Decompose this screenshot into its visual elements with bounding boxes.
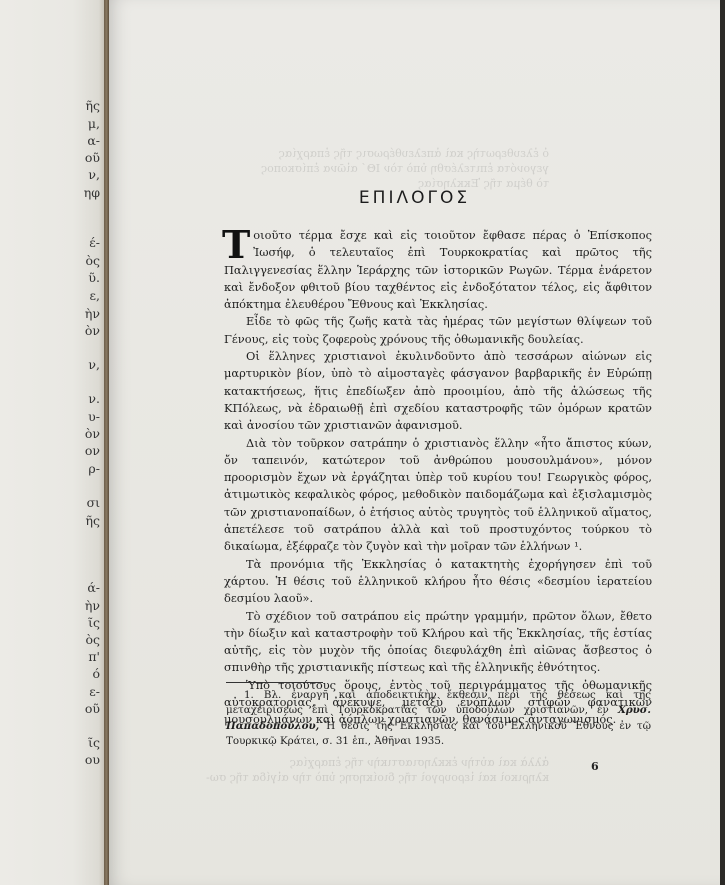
left-page-line-fragment: ῖς: [88, 737, 100, 750]
left-page-line-fragment: ηφ: [84, 187, 100, 200]
paragraph: Τὸ σχέδιον τοῦ σατράπου εἰς πρώτην γραμμ…: [224, 608, 652, 677]
paragraph: Τοιοῦτο τέρμα ἔσχε καὶ εἰς τοιοῦτον ἔφθα…: [224, 227, 652, 313]
left-page-line-fragment: ὴν: [85, 308, 100, 321]
right-page: ὁ ἐλευθερωτὴς καὶ ἀπελευθέρωσις τῆς ἐπαρ…: [109, 0, 720, 885]
paragraph: Τὰ προνόμια τῆς Ἐκκλησίας ὁ κατακτητὴς ἐ…: [224, 556, 652, 608]
page-title: ΕΠΙΛΟΓΟΣ: [109, 188, 720, 208]
left-page-line-fragment: ου: [85, 754, 100, 767]
paragraph: Οἱ ἕλληνες χριστιανοὶ ἐκυλινδοῦντο ἀπὸ τ…: [224, 348, 652, 434]
left-page-line-fragment: ά-: [87, 582, 100, 595]
paragraph: Διὰ τὸν τοῦρκον σατράπην ὁ χριστιανὸς ἕλ…: [224, 435, 652, 556]
paragraph: Εἶδε τὸ φῶς τῆς ζωῆς κατὰ τὰς ἡμέρας τῶν…: [224, 313, 652, 348]
left-page-line-fragment: ρ-: [88, 463, 100, 476]
page-number: 6: [591, 760, 599, 773]
left-page-line-fragment: υ-: [88, 411, 100, 424]
bleed-through-text: ὁ ἐλευθερωτὴς καὶ ἀπελευθέρωσις τῆς ἐπαρ…: [219, 146, 549, 161]
bleed-through-text: κληρικοὶ καὶ ἱερουργοὶ τῆς διοίκησης ὑπὸ…: [219, 770, 549, 785]
background-edge: [720, 0, 725, 885]
bleed-through-text: γεγονότα ἐπιτελέσθη ὑπὸ τὸν ΙΘ΄ αἰῶνα ἐπ…: [219, 161, 549, 176]
left-page-line-fragment: μ,: [88, 118, 100, 131]
left-page-line-fragment: ῖς: [88, 617, 100, 630]
left-page-line-fragment: ν,: [88, 359, 100, 372]
left-page-line-fragment: ὴν: [85, 600, 100, 613]
left-page-line-fragment: ό: [92, 668, 100, 681]
left-page-line-fragment: ὸς: [85, 255, 100, 268]
drop-cap: Τ: [222, 229, 250, 260]
left-page-line-fragment: έ-: [89, 237, 100, 250]
left-page-line-fragment: α-: [87, 135, 100, 148]
footnote: 1. Βλ. ἐναργῆ καὶ ἀποδεικτικὴν ἔκθεσιν π…: [226, 688, 651, 750]
left-page-line-fragment: ε-: [89, 686, 100, 699]
left-page-line-fragment: ν.: [88, 393, 100, 406]
bleed-through-text: ἀλλὰ καὶ αὐτὴν ἐκκλησιαστικὴν τῆς ἐπαρχί…: [219, 755, 549, 770]
left-page-line-fragment: ον: [85, 445, 100, 458]
left-page-line-fragment: ὸν: [85, 428, 100, 441]
left-page-line-fragment: σι: [87, 497, 100, 510]
left-page-line-fragment: ῆς: [86, 515, 101, 528]
left-page-line-fragment: ὸν: [85, 325, 100, 338]
left-page-line-fragment: οῦ: [85, 703, 100, 716]
left-page-line-fragment: π': [88, 651, 100, 664]
left-page: ῆςμ,α-οῦν,ηφέ-ὸςῦ.ε,ὴνὸνν,ν.υ-ὸνονρ-σιῆς…: [0, 0, 104, 885]
left-page-line-fragment: ῦ.: [88, 272, 100, 285]
left-page-line-fragment: ὸς: [85, 634, 100, 647]
left-page-line-fragment: ν,: [88, 169, 100, 182]
footnote-rule: [226, 682, 323, 683]
left-page-line-fragment: ῆς: [86, 100, 101, 113]
left-page-line-fragment: ε,: [90, 290, 100, 303]
left-page-line-fragment: οῦ: [85, 152, 100, 165]
body-text: Τοιοῦτο τέρμα ἔσχε καὶ εἰς τοιοῦτον ἔφθα…: [224, 227, 652, 729]
